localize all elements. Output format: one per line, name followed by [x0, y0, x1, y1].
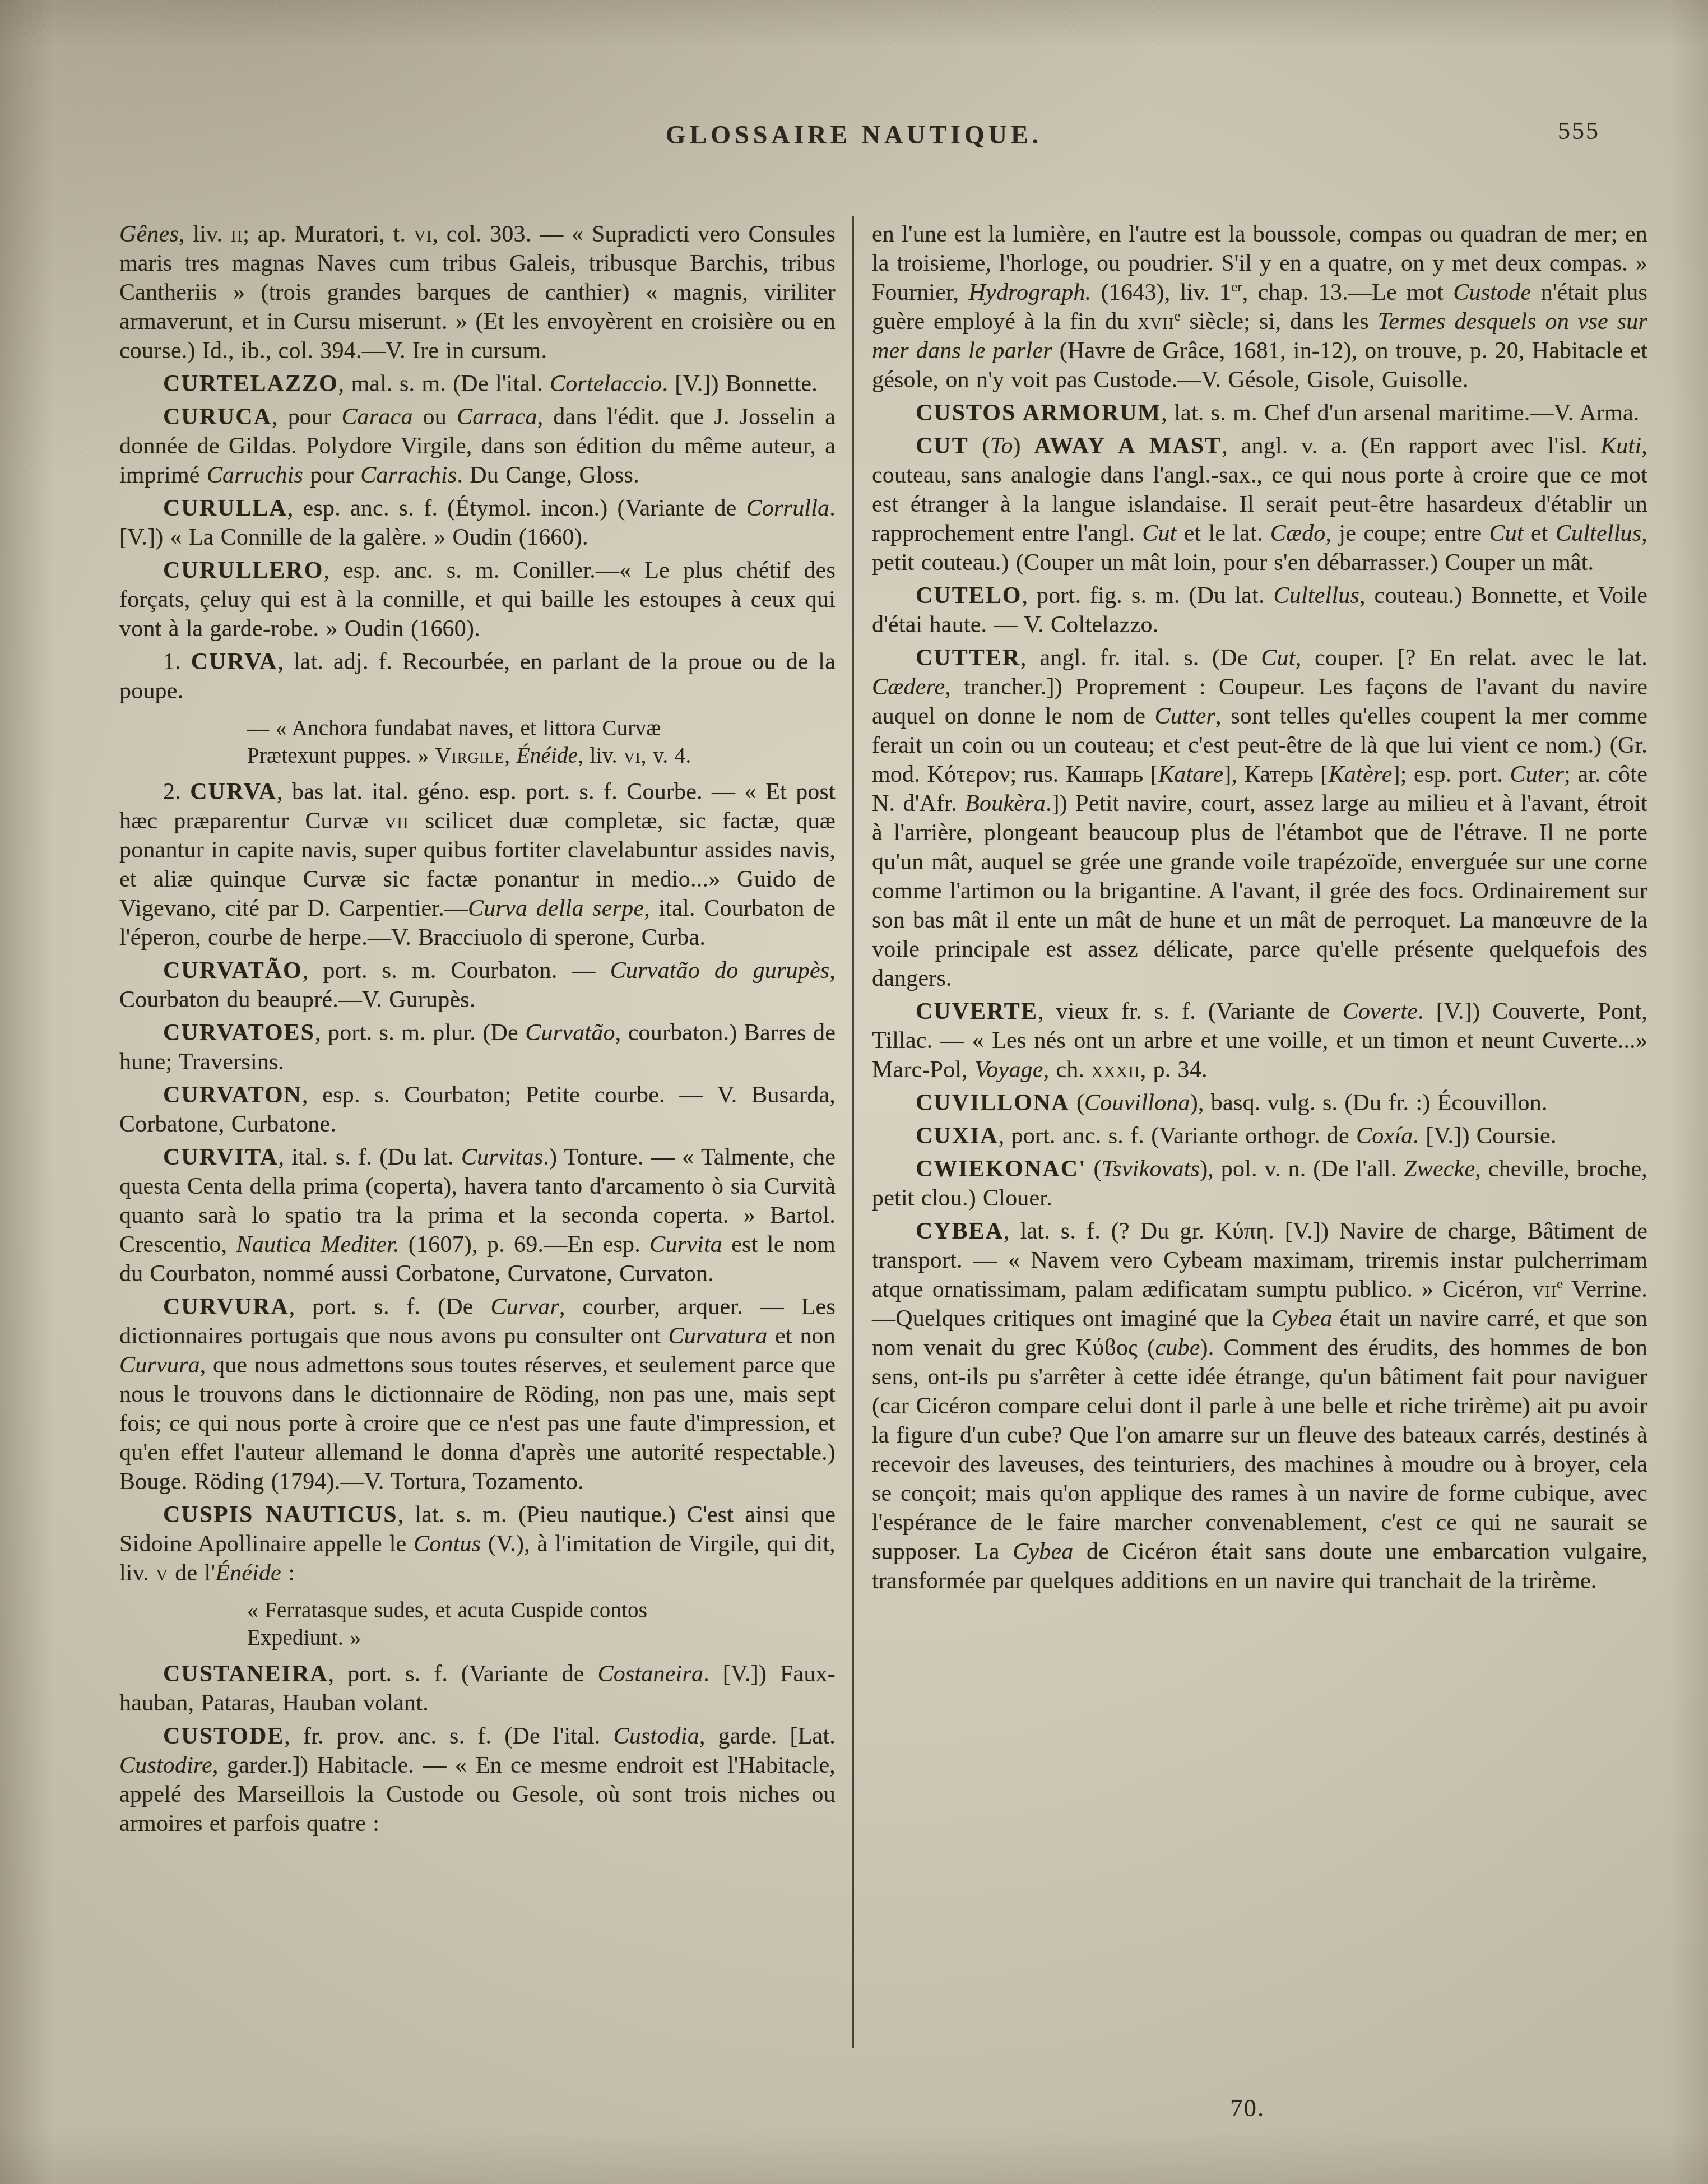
italic-text: Termes desquels on vse sur mer dans le p…: [872, 309, 1647, 364]
italic-text: Custode: [1453, 280, 1531, 305]
italic-text: Couvillona: [1084, 1090, 1190, 1116]
headword: CUXIA: [916, 1123, 999, 1149]
verse-quote: « Ferratasque sudes, et acuta Cuspide co…: [247, 1597, 836, 1652]
entry-paragraph: CURVURA, port. s. f. (De Curvar, courber…: [119, 1292, 836, 1496]
italic-text: Hydrograph.: [969, 280, 1092, 305]
scanned-book-page: GLOSSAIRE NAUTIQUE. 555 Gênes, liv. ii; …: [0, 0, 1708, 2184]
left-column: Gênes, liv. ii; ap. Muratori, t. vi, col…: [119, 220, 836, 1838]
italic-text: Voyage: [974, 1057, 1043, 1083]
entry-paragraph: CUXIA, port. anc. s. f. (Variante orthog…: [872, 1121, 1647, 1151]
headword: CUSTANEIRA: [163, 1661, 328, 1687]
entry-paragraph: CURULLERO, esp. anc. s. m. Coniller.—« L…: [119, 556, 836, 643]
entry-paragraph: CUSTOS ARMORUM, lat. s. m. Chef d'un ars…: [872, 398, 1647, 428]
italic-text: Katère: [1329, 762, 1393, 787]
headword: CURVITA: [163, 1144, 278, 1170]
continuation-paragraph: Gênes, liv. ii; ap. Muratori, t. vi, col…: [119, 220, 836, 365]
italic-text: Curvura: [119, 1352, 200, 1378]
superscript-text: e: [1175, 309, 1181, 324]
headword: CWIEKONAC': [916, 1156, 1087, 1182]
italic-text: Énéide: [517, 744, 578, 768]
column-divider-rule: [852, 216, 854, 2048]
italic-text: Custodire: [119, 1752, 212, 1778]
italic-text: Cutter: [1155, 703, 1216, 729]
italic-text: Caraca: [341, 404, 412, 430]
entry-paragraph: CUSPIS NAUTICUS, lat. s. m. (Pieu nautiq…: [119, 1500, 836, 1588]
headword: CURUCA: [163, 404, 272, 430]
headword: CURVATON: [163, 1082, 302, 1108]
entry-paragraph: CWIEKONAC' (Tsvikovats), pol. v. n. (De …: [872, 1154, 1647, 1213]
italic-text: Curvatura: [669, 1323, 768, 1349]
italic-text: Katare: [1158, 762, 1223, 787]
entry-paragraph: 1. CURVA, lat. adj. f. Recourbée, en par…: [119, 647, 836, 706]
entry-paragraph: 2. CURVA, bas lat. ital. géno. esp. port…: [119, 777, 836, 952]
headword: AWAY A MAST: [1034, 433, 1222, 459]
italic-text: Cut: [1142, 521, 1176, 546]
headword: CURVURA: [163, 1294, 289, 1320]
italic-text: Coxía: [1356, 1123, 1413, 1149]
verse-quote: — « Anchora fundabat naves, et littora C…: [247, 715, 836, 769]
italic-text: Curvar: [491, 1294, 560, 1320]
italic-text: To: [990, 433, 1013, 459]
italic-text: Cuter: [1510, 762, 1564, 787]
italic-text: Corrulla: [746, 495, 830, 521]
italic-text: Costaneira: [598, 1661, 704, 1687]
italic-text: Curvatão do gurupès: [610, 958, 830, 984]
headword: CUVERTE: [916, 999, 1038, 1024]
italic-text: Curvita: [649, 1232, 722, 1258]
running-title: GLOSSAIRE NAUTIQUE.: [0, 120, 1708, 150]
italic-text: Cædo: [1270, 521, 1326, 546]
entry-paragraph: CURVATOES, port. s. m. plur. (De Curvatã…: [119, 1018, 836, 1077]
headword: CUSPIS NAUTICUS: [163, 1502, 398, 1528]
headword: CURULLERO: [163, 558, 323, 583]
entry-paragraph: CUVERTE, vieux fr. s. f. (Variante de Co…: [872, 997, 1647, 1084]
headword: CURTELAZZO: [163, 371, 338, 397]
headword: CURVATÃO: [163, 958, 303, 984]
entry-paragraph: CUSTANEIRA, port. s. f. (Variante de Cos…: [119, 1659, 836, 1718]
small-caps-text: vii: [384, 808, 409, 834]
small-caps-text: vii: [1533, 1277, 1557, 1302]
signature-mark: 70.: [1230, 2093, 1265, 2122]
italic-text: Carruchis: [207, 462, 303, 488]
page-number: 555: [1558, 117, 1600, 145]
headword: CURVA: [191, 649, 278, 675]
entry-paragraph: CUT (To) AWAY A MAST, angl. v. a. (En ra…: [872, 432, 1647, 577]
entry-paragraph: CURVATÃO, port. s. m. Courbaton. — Curva…: [119, 956, 836, 1014]
italic-text: cube: [1155, 1335, 1200, 1361]
italic-text: Nautica Mediter.: [236, 1232, 400, 1258]
italic-text: Cybea: [1013, 1539, 1073, 1565]
italic-text: Cut: [1489, 521, 1524, 546]
headword: CUVILLONA: [916, 1090, 1070, 1116]
italic-text: Custodia: [614, 1723, 699, 1749]
verse-line: Expediunt. »: [247, 1624, 836, 1652]
italic-text: Curvatão: [525, 1020, 615, 1046]
italic-text: Cybea: [1271, 1306, 1332, 1332]
italic-text: Boukèra: [965, 791, 1046, 817]
headword: CUSTODE: [163, 1723, 284, 1749]
italic-text: Kuti: [1600, 433, 1641, 459]
italic-text: Curva della serpe: [468, 896, 644, 921]
entry-paragraph: CUTELO, port. fig. s. m. (Du lat. Cultel…: [872, 581, 1647, 639]
entry-paragraph: CURVATON, esp. s. Courbaton; Petite cour…: [119, 1081, 836, 1139]
italic-text: Énéide: [215, 1560, 281, 1586]
continuation-paragraph: en l'une est la lumière, en l'autre est …: [872, 220, 1647, 395]
small-caps-text: ii: [231, 221, 243, 247]
verse-line: — « Anchora fundabat naves, et littora C…: [247, 715, 836, 742]
entry-paragraph: CURULLA, esp. anc. s. f. (Étymol. incon.…: [119, 494, 836, 552]
right-column: en l'une est la lumière, en l'autre est …: [872, 220, 1647, 1596]
small-caps-text: vi: [624, 744, 641, 768]
small-caps-text: v: [156, 1560, 168, 1586]
italic-text: Gênes: [119, 221, 179, 247]
entry-paragraph: CUSTODE, fr. prov. anc. s. f. (De l'ital…: [119, 1722, 836, 1838]
italic-text: Tsvikovats: [1102, 1156, 1200, 1182]
entry-paragraph: CUTTER, angl. fr. ital. s. (De Cut, coup…: [872, 643, 1647, 993]
headword: CURULLA: [163, 495, 287, 521]
headword: CYBEA: [916, 1218, 1004, 1244]
headword: CUSTOS ARMORUM: [916, 400, 1161, 426]
italic-text: Coverte: [1343, 999, 1418, 1024]
italic-text: Carrachis: [360, 462, 457, 488]
headword: CURVA: [190, 779, 277, 805]
italic-text: Cortelaccio: [550, 371, 662, 397]
italic-text: Carraca: [457, 404, 537, 430]
entry-paragraph: CURUCA, pour Caraca ou Carraca, dans l'é…: [119, 402, 836, 490]
verse-line: Prætexunt puppes. » Virgile, Énéide, liv…: [247, 742, 836, 769]
small-caps-text: vi: [414, 221, 433, 247]
entry-paragraph: CYBEA, lat. s. f. (? Du gr. Κύπη. [V.]) …: [872, 1217, 1647, 1596]
italic-text: Contus: [414, 1531, 481, 1557]
headword: CUTELO: [916, 583, 1022, 609]
italic-text: Cædere: [872, 674, 945, 700]
italic-text: Cultellus: [1556, 521, 1641, 546]
italic-text: Cultellus: [1274, 583, 1359, 609]
superscript-text: er: [1231, 280, 1242, 295]
italic-text: Curvitas: [461, 1144, 543, 1170]
italic-text: Cut: [1261, 645, 1295, 671]
small-caps-text: xvii: [1138, 309, 1174, 335]
headword: CUT: [916, 433, 969, 459]
small-caps-text: Virgile: [435, 744, 505, 768]
small-caps-text: xxxii: [1091, 1057, 1140, 1083]
entry-paragraph: CUVILLONA (Couvillona), basq. vulg. s. (…: [872, 1088, 1647, 1117]
italic-text: Zwecke: [1404, 1156, 1475, 1182]
entry-paragraph: CURVITA, ital. s. f. (Du lat. Curvitas.)…: [119, 1143, 836, 1288]
headword: CURVATOES: [163, 1020, 315, 1046]
superscript-text: e: [1557, 1277, 1563, 1292]
verse-line: « Ferratasque sudes, et acuta Cuspide co…: [247, 1597, 836, 1624]
headword: CUTTER: [916, 645, 1020, 671]
entry-paragraph: CURTELAZZO, mal. s. m. (De l'ital. Corte…: [119, 369, 836, 398]
